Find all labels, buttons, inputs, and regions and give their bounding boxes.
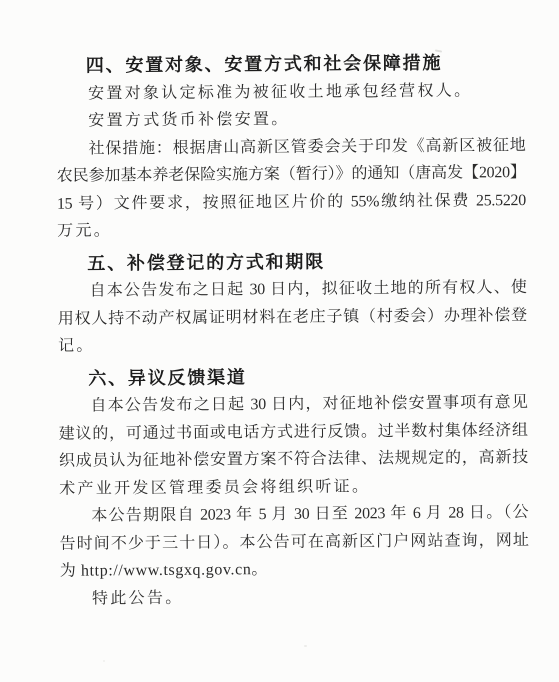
document-body: 四、安置对象、安置方式和社会保障措施 安置对象认定标准为被征收土地承包经营权人。… — [0, 0, 559, 682]
doc-line: 自本公告发布之日起 30 日内，拟征收土地的所有权人、使 — [57, 274, 526, 305]
doc-line: 15 号）文件要求，按照征地区片价的 55%缴纳社保费 25.5220 — [57, 187, 526, 218]
doc-line: 农民参加基本养老保险实施方案（暂行）》的通知（唐高发【2020】 — [57, 159, 526, 190]
doc-line: 记。 — [58, 329, 527, 360]
doc-line: 本公告期限自 2023 年 5 月 30 日至 2023 年 6 月 28 日。… — [59, 499, 528, 530]
doc-line: 万元。 — [57, 214, 526, 245]
section-heading-6: 六、异议反馈渠道 — [58, 362, 527, 393]
doc-line: 社保措施：根据唐山高新区管委会关于印发《高新区被征地 — [56, 132, 525, 163]
doc-line: 用权人持不动产权属证明材料在老庄子镇（村委会）办理补偿登 — [58, 302, 527, 333]
doc-line: 安置对象认定标准为被征收土地承包经营权人。 — [56, 77, 525, 108]
doc-line-closing: 特此公告。 — [60, 582, 529, 613]
section-heading-4: 四、安置对象、安置方式和社会保障措施 — [56, 49, 525, 80]
doc-line: 建议的，可通过书面或电话方式进行反馈。过半数村集体经济组 — [59, 417, 528, 448]
doc-line-website-url: 为 http://www.tsgxq.gov.cn。 — [60, 554, 529, 585]
doc-line: 安置方式货币补偿安置。 — [56, 104, 525, 135]
section-heading-5: 五、补偿登记的方式和期限 — [57, 247, 526, 278]
doc-line: 自本公告发布之日起 30 日内，对征地补偿安置事项有意见 — [58, 389, 527, 420]
doc-line: 术产业开发区管理委员会将组织听证。 — [59, 472, 528, 503]
doc-line: 织成员认为征地补偿安置方案不符合法律、法规规定的，高新技 — [59, 444, 528, 475]
scan-speck — [304, 645, 307, 647]
scan-speck — [103, 660, 105, 662]
scanned-announcement-page: 四、安置对象、安置方式和社会保障措施 安置对象认定标准为被征收土地承包经营权人。… — [0, 0, 559, 682]
doc-line: 告时间不少于三十日）。本公告可在高新区门户网站查询，网址 — [59, 527, 528, 558]
